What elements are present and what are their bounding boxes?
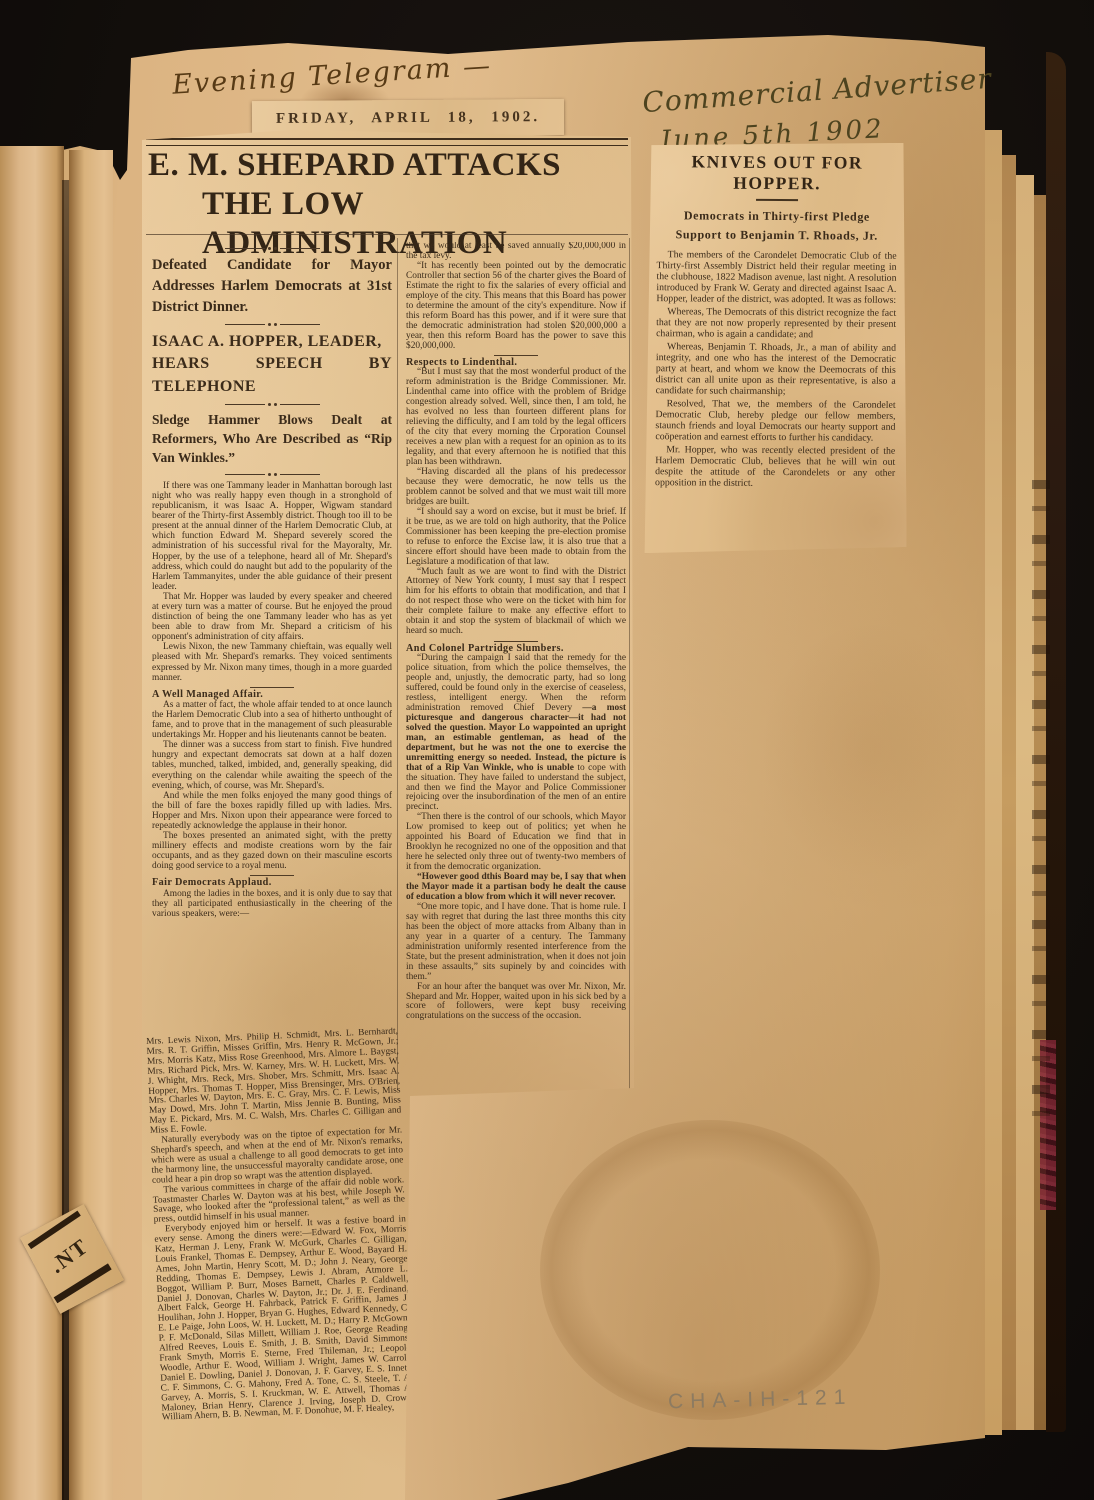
scrapbook-photo: Evening Telegram — Commercial Advertiser… xyxy=(0,0,1094,1500)
deck-heading: Defeated Candidate for Mayor Addresses H… xyxy=(152,255,392,318)
section-heading: Fair Democrats Applaud. xyxy=(152,878,392,888)
fragment-letters: .NT xyxy=(45,1233,94,1279)
article-headline: KNIVES OUT FOR HOPPER. xyxy=(653,151,901,195)
section-rule xyxy=(494,641,538,642)
ornament-divider xyxy=(152,247,392,250)
page-edge-wear xyxy=(1032,480,1050,1120)
paragraph: If there was one Tammany leader in Manha… xyxy=(152,481,392,592)
paragraph: Among the ladies in the boxes, and it is… xyxy=(152,889,392,919)
paragraph: Everybody enjoyed him or herself. It was… xyxy=(154,1216,414,1425)
paragraph: “During the campaign I said that the rem… xyxy=(406,654,626,813)
page-edge-stack xyxy=(1034,195,1048,1430)
paragraph: Lewis Nixon, the new Tammany chieftain, … xyxy=(152,642,392,682)
dateline-text: FRIDAY, APRIL 18, 1902. xyxy=(276,109,540,128)
deck2-line1: ISAAC A. HOPPER, LEADER, xyxy=(152,333,382,350)
section-heading: A Well Managed Affair. xyxy=(152,690,392,700)
headline-rule xyxy=(146,234,628,235)
paragraph: “Having discarded all the plans of his p… xyxy=(406,468,626,508)
ornament-divider xyxy=(152,473,392,476)
article-column-1: Defeated Candidate for Mayor Addresses H… xyxy=(152,242,392,919)
paragraph: Whereas, Benjamin T. Rhoads, Jr., a man … xyxy=(656,341,896,398)
page-edge-stack xyxy=(985,130,1002,1435)
deck-heading: ISAAC A. HOPPER, LEADER, HEARS SPEECH BY… xyxy=(152,331,392,398)
column-rule xyxy=(397,238,398,1090)
deck-line2: Support to Benjamin T. Rhoads, Jr. xyxy=(676,227,878,242)
deck-line1: Democrats in Thirty-first Pledge xyxy=(684,208,870,223)
paragraph: As a matter of fact, the whole affair te… xyxy=(152,700,392,740)
ornament-divider xyxy=(152,403,392,406)
paragraph-bold: “However good dthis Board may be, I say … xyxy=(406,873,626,903)
paragraph: The members of the Carondelet Democratic… xyxy=(656,249,896,306)
section-rule xyxy=(250,875,294,876)
ornament-divider xyxy=(152,323,392,326)
paragraph: And while the men folks enjoyed the many… xyxy=(152,791,392,831)
paragraph: For an hour after the banquet was over M… xyxy=(406,983,626,1023)
hopper-article-clipping: KNIVES OUT FOR HOPPER. Democrats in Thir… xyxy=(643,141,910,555)
column-rule xyxy=(629,238,630,1090)
paragraph: “I should say a word on excise, but it m… xyxy=(406,508,626,568)
paragraph: “Then there is the control of our school… xyxy=(406,813,626,873)
paragraph: Whereas, The Democrats of this district … xyxy=(656,306,896,341)
deck2-line2: HEARS SPEECH BY TELEPHONE xyxy=(152,355,392,394)
paragraph: Mr. Hopper, who was recently elected pre… xyxy=(655,444,895,490)
paragraph: The boxes presented an animated sight, w… xyxy=(152,831,392,871)
paragraph: “But I must say that the most wonderful … xyxy=(406,368,626,468)
paragraph: “One more topic, and I have done. That i… xyxy=(406,903,626,983)
book-cover-edge xyxy=(1046,52,1066,1432)
marbled-cover-detail xyxy=(1040,1040,1056,1210)
paragraph: That Mr. Hopper was lauded by every spea… xyxy=(152,592,392,642)
paragraph: that we would at least be saved annually… xyxy=(406,242,626,262)
double-rule xyxy=(146,138,628,146)
headline-rule xyxy=(756,199,798,201)
article-column-2: that we would at least be saved annually… xyxy=(406,242,626,1090)
deck-heading: Sledge Hammer Blows Dealt at Reformers, … xyxy=(152,411,392,468)
article-column-1-lower: Mrs. Lewis Nixon, Mrs. Philip H. Schmidt… xyxy=(146,1027,417,1500)
paragraph: Mrs. Lewis Nixon, Mrs. Philip H. Schmidt… xyxy=(146,1027,402,1137)
headline-line1: E. M. SHEPARD ATTACKS xyxy=(148,147,561,183)
article-body: The members of the Carondelet Democratic… xyxy=(655,249,897,490)
paragraph: Resolved, That we, the members of the Ca… xyxy=(655,398,895,444)
page-edge-stack xyxy=(1002,155,1016,1430)
section-rule xyxy=(494,355,538,356)
archive-catalog-label: CHA-IH-121 xyxy=(668,1386,853,1415)
section-rule xyxy=(250,687,294,688)
paragraph: “It has recently been pointed out by the… xyxy=(406,262,626,352)
page-edge-stack xyxy=(1016,175,1034,1430)
deck-heading: Democrats in Thirty-first Pledge Support… xyxy=(661,206,893,245)
paragraph: The dinner was a success from start to f… xyxy=(152,740,392,790)
paragraph: “Much fault as we are wont to find with … xyxy=(406,568,626,638)
